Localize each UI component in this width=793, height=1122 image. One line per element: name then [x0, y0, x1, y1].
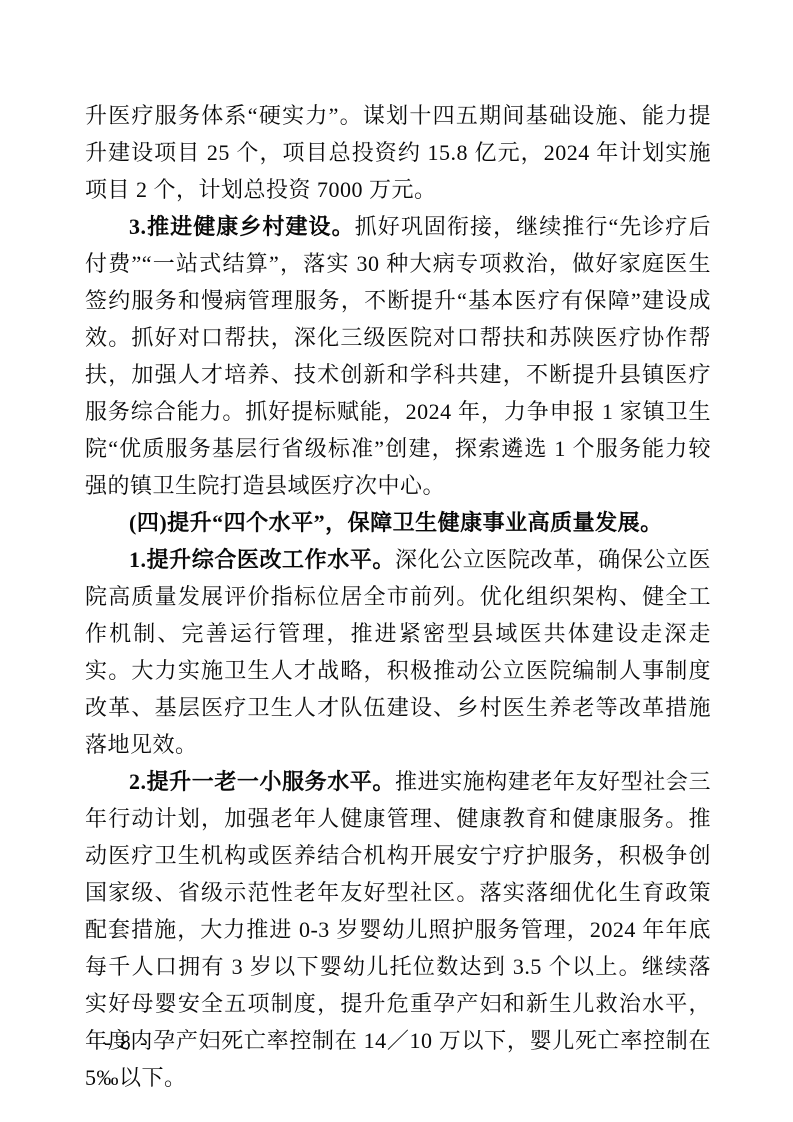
paragraph-text: 深化公立医院改革，确保公立医院高质量发展评价指标位居全市前列。优化组织架构、健全… [85, 547, 711, 757]
paragraph-item-1-medical-reform: 1.提升综合医改工作水平。深化公立医院改革，确保公立医院高质量发展评价指标位居全… [85, 541, 711, 763]
paragraph-item-2-elderly-children-services: 2.提升一老一小服务水平。推进实施构建老年友好型社会三年行动计划，加强老年人健康… [85, 763, 711, 1096]
paragraph-continuation: 升医疗服务体系“硬实力”。谋划十四五期间基础设施、能力提升建设项目 25 个，项… [85, 97, 711, 208]
section-heading-four-levels: (四)提升“四个水平”，保障卫生健康事业高质量发展。 [85, 504, 711, 541]
paragraph-lead: 2.提升一老一小服务水平。 [129, 769, 395, 794]
paragraph-text: 升医疗服务体系“硬实力”。谋划十四五期间基础设施、能力提升建设项目 25 个，项… [85, 103, 711, 202]
document-page: 升医疗服务体系“硬实力”。谋划十四五期间基础设施、能力提升建设项目 25 个，项… [0, 0, 793, 1122]
paragraph-text: 推进实施构建老年友好型社会三年行动计划，加强老年人健康管理、健康教育和健康服务。… [85, 769, 711, 1090]
document-body: 升医疗服务体系“硬实力”。谋划十四五期间基础设施、能力提升建设项目 25 个，项… [85, 97, 711, 1096]
paragraph-item-3-healthy-village: 3.推进健康乡村建设。抓好巩固衔接，继续推行“先诊疗后付费”“一站式结算”，落实… [85, 208, 711, 504]
paragraph-text: 抓好巩固衔接，继续推行“先诊疗后付费”“一站式结算”，落实 30 种大病专项救治… [85, 214, 711, 498]
paragraph-lead: 3.推进健康乡村建设。 [129, 214, 355, 239]
page-number: - 8 - [104, 1030, 149, 1054]
section-heading-text: (四)提升“四个水平”，保障卫生健康事业高质量发展。 [129, 510, 663, 535]
paragraph-lead: 1.提升综合医改工作水平。 [129, 547, 395, 572]
